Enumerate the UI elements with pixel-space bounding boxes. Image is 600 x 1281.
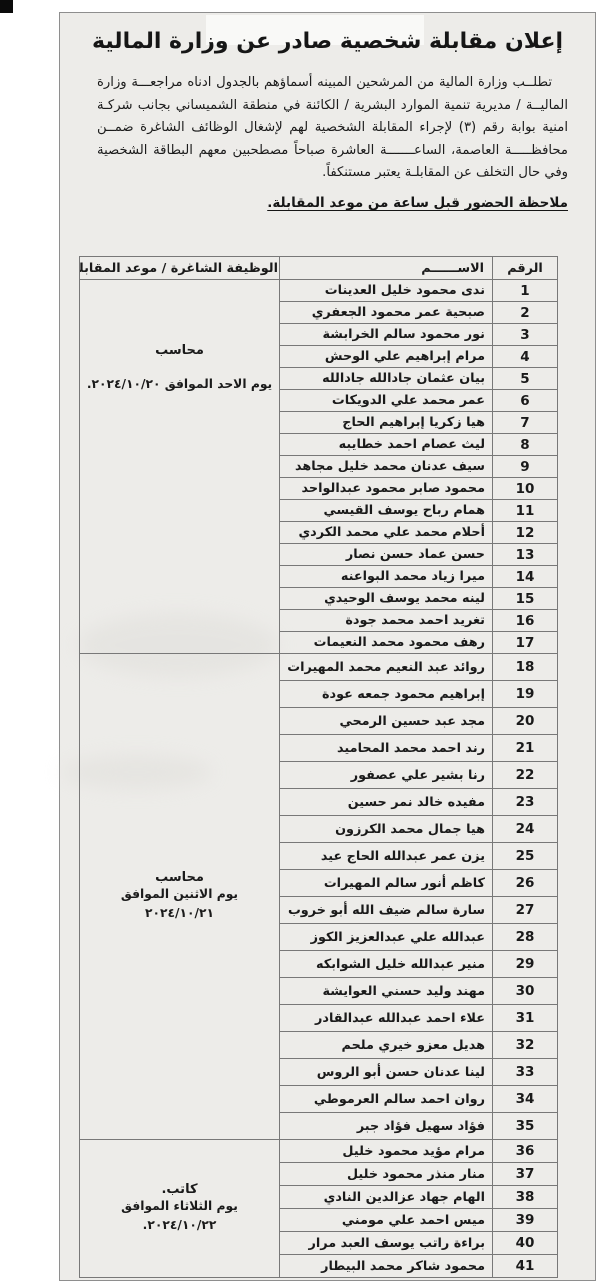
candidate-name-cell: ميرا زياد محمد البواعنه xyxy=(280,566,493,588)
vacancy-schedule-cell: محاسبيوم الاثنين الموافق٢٠٢٤/١٠/٢١ xyxy=(80,654,280,1140)
row-number-cell: 11 xyxy=(493,500,558,522)
row-number-cell: 22 xyxy=(493,762,558,789)
job-title: كاتب. xyxy=(81,1182,278,1197)
candidate-name-cell: هيا زكريا إبراهيم الحاج xyxy=(280,412,493,434)
row-number-cell: 41 xyxy=(493,1255,558,1278)
attendance-note: ملاحظة الحضور قبل ساعة من موعد المقابلة. xyxy=(60,195,568,211)
row-number-cell: 24 xyxy=(493,816,558,843)
col-header-name: الاســــــم xyxy=(280,257,493,280)
row-number-cell: 16 xyxy=(493,610,558,632)
candidate-name-cell: رهف محمود محمد النعيمات xyxy=(280,632,493,654)
candidate-name-cell: روان احمد سالم العرموطي xyxy=(280,1086,493,1113)
row-number-cell: 34 xyxy=(493,1086,558,1113)
row-number-cell: 38 xyxy=(493,1186,558,1209)
candidate-name-cell: مفيده خالد نمر حسين xyxy=(280,789,493,816)
row-number-cell: 20 xyxy=(493,708,558,735)
intro-paragraph: تطلــب وزارة المالية من المرشحين المبينه… xyxy=(97,72,568,185)
row-number-cell: 2 xyxy=(493,302,558,324)
interview-date: يوم الثلاثاء الموافق٢٠٢٤/١٠/٢٢. xyxy=(81,1197,278,1235)
row-number-cell: 12 xyxy=(493,522,558,544)
header-row: الرقم الاســــــم الوظيفة الشاغرة / موعد… xyxy=(80,257,558,280)
candidate-name-cell: لينا عدنان حسن أبو الروس xyxy=(280,1059,493,1086)
row-number-cell: 30 xyxy=(493,978,558,1005)
candidate-name-cell: منار منذر محمود خليل xyxy=(280,1163,493,1186)
row-number-cell: 35 xyxy=(493,1113,558,1140)
candidate-name-cell: أحلام محمد علي محمد الكردي xyxy=(280,522,493,544)
candidate-name-cell: إبراهيم محمود جمعه عودة xyxy=(280,681,493,708)
candidate-name-cell: ليث عصام احمد خطايبه xyxy=(280,434,493,456)
table-row: 36مرام مؤيد محمود خليلكاتب.يوم الثلاثاء … xyxy=(80,1140,558,1163)
row-number-cell: 9 xyxy=(493,456,558,478)
candidate-name-cell: هديل معزو خيري ملحم xyxy=(280,1032,493,1059)
row-number-cell: 15 xyxy=(493,588,558,610)
row-number-cell: 21 xyxy=(493,735,558,762)
candidate-name-cell: عبدالله علي عبدالعزيز الكوز xyxy=(280,924,493,951)
col-header-vacancy: الوظيفة الشاغرة / موعد المقابلة xyxy=(80,257,280,280)
row-number-cell: 17 xyxy=(493,632,558,654)
candidate-name-cell: عمر محمد علي الدويكات xyxy=(280,390,493,412)
row-number-cell: 5 xyxy=(493,368,558,390)
row-number-cell: 3 xyxy=(493,324,558,346)
candidate-name-cell: يزن عمر عبدالله الحاج عيد xyxy=(280,843,493,870)
candidate-name-cell: رنا بشير علي عصفور xyxy=(280,762,493,789)
row-number-cell: 39 xyxy=(493,1209,558,1232)
row-number-cell: 14 xyxy=(493,566,558,588)
row-number-cell: 4 xyxy=(493,346,558,368)
candidate-name-cell: ندى محمود خليل العدينات xyxy=(280,280,493,302)
col-header-number: الرقم xyxy=(493,257,558,280)
job-title: محاسب xyxy=(81,343,278,358)
row-number-cell: 10 xyxy=(493,478,558,500)
row-number-cell: 37 xyxy=(493,1163,558,1186)
scan-corner-mark xyxy=(0,0,13,13)
row-number-cell: 7 xyxy=(493,412,558,434)
roster-table: الرقم الاســــــم الوظيفة الشاغرة / موعد… xyxy=(79,256,558,1278)
candidate-name-cell: ميس احمد علي مومني xyxy=(280,1209,493,1232)
candidate-name-cell: تغريد احمد محمد جودة xyxy=(280,610,493,632)
candidate-name-cell: بيان عثمان جادالله جادالله xyxy=(280,368,493,390)
candidate-name-cell: نور محمود سالم الخرابشة xyxy=(280,324,493,346)
row-number-cell: 23 xyxy=(493,789,558,816)
roster-body: 1ندى محمود خليل العديناتمحاسبيوم الاحد ا… xyxy=(80,280,558,1278)
row-number-cell: 32 xyxy=(493,1032,558,1059)
row-number-cell: 1 xyxy=(493,280,558,302)
row-number-cell: 25 xyxy=(493,843,558,870)
row-number-cell: 6 xyxy=(493,390,558,412)
job-title: محاسب xyxy=(81,870,278,885)
vacancy-schedule-cell: محاسبيوم الاحد الموافق ٢٠٢٤/١٠/٢٠. xyxy=(80,280,280,654)
row-number-cell: 26 xyxy=(493,870,558,897)
candidate-name-cell: علاء احمد عبدالله عبدالقادر xyxy=(280,1005,493,1032)
row-number-cell: 18 xyxy=(493,654,558,681)
row-number-cell: 28 xyxy=(493,924,558,951)
row-number-cell: 8 xyxy=(493,434,558,456)
candidate-name-cell: هيا جمال محمد الكرزون xyxy=(280,816,493,843)
candidate-name-cell: كاظم أنور سالم المهيرات xyxy=(280,870,493,897)
candidate-name-cell: رند احمد محمد المحاميد xyxy=(280,735,493,762)
row-number-cell: 36 xyxy=(493,1140,558,1163)
candidate-name-cell: حسن عماد حسن نصار xyxy=(280,544,493,566)
candidate-name-cell: محمود شاكر محمد البيطار xyxy=(280,1255,493,1278)
page-title: إعلان مقابلة شخصية صادر عن وزارة المالية xyxy=(80,29,575,54)
row-number-cell: 31 xyxy=(493,1005,558,1032)
table-row: 18روائد عبد النعيم محمد المهيراتمحاسبيوم… xyxy=(80,654,558,681)
scanned-document: { "colors": { "ink": "#1c1c1c", "paper":… xyxy=(0,0,600,1281)
vacancy-schedule-cell: كاتب.يوم الثلاثاء الموافق٢٠٢٤/١٠/٢٢. xyxy=(80,1140,280,1278)
candidate-name-cell: مهند وليد حسني العوايشة xyxy=(280,978,493,1005)
candidate-name-cell: روائد عبد النعيم محمد المهيرات xyxy=(280,654,493,681)
interview-date: يوم الاثنين الموافق٢٠٢٤/١٠/٢١ xyxy=(81,885,278,923)
table-row: 1ندى محمود خليل العديناتمحاسبيوم الاحد ا… xyxy=(80,280,558,302)
candidate-name-cell: براءة راتب يوسف العبد مرار xyxy=(280,1232,493,1255)
row-number-cell: 29 xyxy=(493,951,558,978)
row-number-cell: 19 xyxy=(493,681,558,708)
row-number-cell: 27 xyxy=(493,897,558,924)
candidate-name-cell: سارة سالم ضيف الله أبو خروب xyxy=(280,897,493,924)
row-number-cell: 33 xyxy=(493,1059,558,1086)
candidate-name-cell: منير عبدالله خليل الشوابكه xyxy=(280,951,493,978)
candidate-name-cell: همام رباح يوسف القيسي xyxy=(280,500,493,522)
candidate-name-cell: لينه محمد يوسف الوحيدي xyxy=(280,588,493,610)
document-page: إعلان مقابلة شخصية صادر عن وزارة المالية… xyxy=(59,12,596,1281)
candidate-name-cell: مرام إبراهيم علي الوحش xyxy=(280,346,493,368)
candidate-name-cell: فؤاد سهيل فؤاد جبر xyxy=(280,1113,493,1140)
candidate-name-cell: محمود صابر محمود عبدالواحد xyxy=(280,478,493,500)
interview-date: يوم الاحد الموافق ٢٠٢٤/١٠/٢٠. xyxy=(81,375,278,394)
candidate-name-cell: الهام جهاد عزالدين النادي xyxy=(280,1186,493,1209)
candidate-name-cell: صبحية عمر محمود الجعفري xyxy=(280,302,493,324)
row-number-cell: 13 xyxy=(493,544,558,566)
row-number-cell: 40 xyxy=(493,1232,558,1255)
candidate-name-cell: سيف عدنان محمد خليل مجاهد xyxy=(280,456,493,478)
candidate-name-cell: مرام مؤيد محمود خليل xyxy=(280,1140,493,1163)
candidate-name-cell: مجد عبد حسين الرمحي xyxy=(280,708,493,735)
